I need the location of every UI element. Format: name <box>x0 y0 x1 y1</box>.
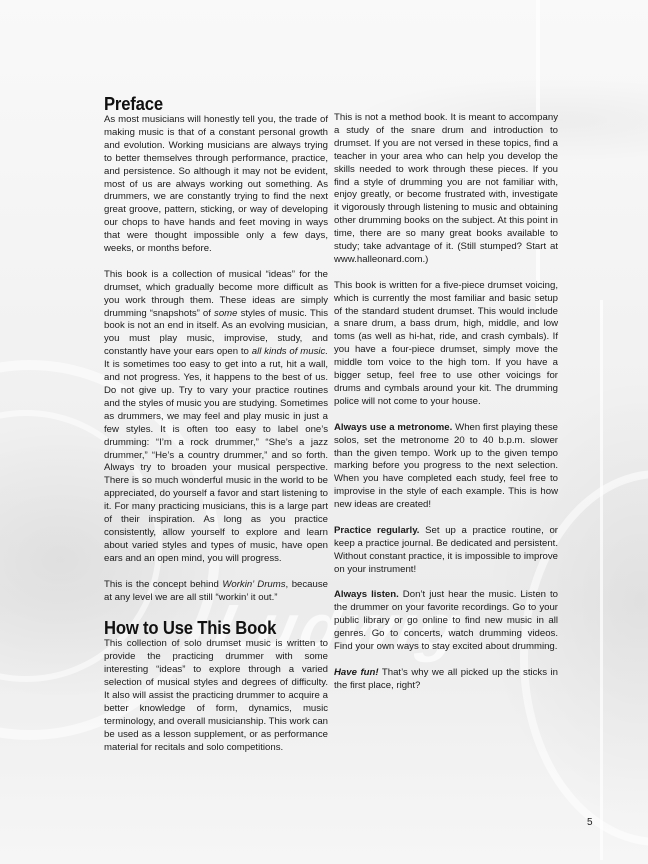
how-to-use-heading: How to Use This Book <box>104 618 306 638</box>
text-run: It is sometimes too easy to get into a r… <box>104 359 328 564</box>
emphasis-all-kinds-of-music: all kinds of music. <box>252 346 328 357</box>
how-to-use-paragraph: This collection of solo drumset music is… <box>104 638 328 754</box>
preface-heading: Preface <box>104 94 306 114</box>
tip-lead: Always use a metronome. <box>334 422 452 433</box>
tip-practice: Practice regularly. Set up a practice ro… <box>334 525 558 577</box>
tip-text: When first playing these solos, set the … <box>334 422 558 510</box>
tip-metronome: Always use a metronome. When first playi… <box>334 422 558 512</box>
tip-have-fun: Have fun! That’s why we all picked up th… <box>334 667 558 693</box>
preface-paragraph-1: As most musicians will honestly tell you… <box>104 114 328 256</box>
book-title-workin-drums: Workin’ Drums <box>222 579 285 590</box>
page-number: 5 <box>587 817 593 828</box>
text-run: This is the concept behind <box>104 579 222 590</box>
tip-listen: Always listen. Don’t just hear the music… <box>334 589 558 654</box>
tip-lead: Always listen. <box>334 589 399 600</box>
right-column: This is not a method book. It is meant t… <box>334 112 558 706</box>
tip-lead: Practice regularly. <box>334 525 419 536</box>
preface-paragraph-5: This book is written for a five-piece dr… <box>334 280 558 409</box>
preface-paragraph-2: This book is a collection of musical “id… <box>104 269 328 566</box>
preface-paragraph-3: This is the concept behind Workin’ Drums… <box>104 579 328 605</box>
tip-lead: Have fun! <box>334 667 379 678</box>
emphasis-some: some <box>214 308 237 319</box>
how-to-use-section: How to Use This Book This collection of … <box>104 618 328 754</box>
left-column: Preface As most musicians will honestly … <box>104 94 328 767</box>
hi-hat-stand-shape <box>600 300 603 860</box>
preface-paragraph-4: This is not a method book. It is meant t… <box>334 112 558 267</box>
